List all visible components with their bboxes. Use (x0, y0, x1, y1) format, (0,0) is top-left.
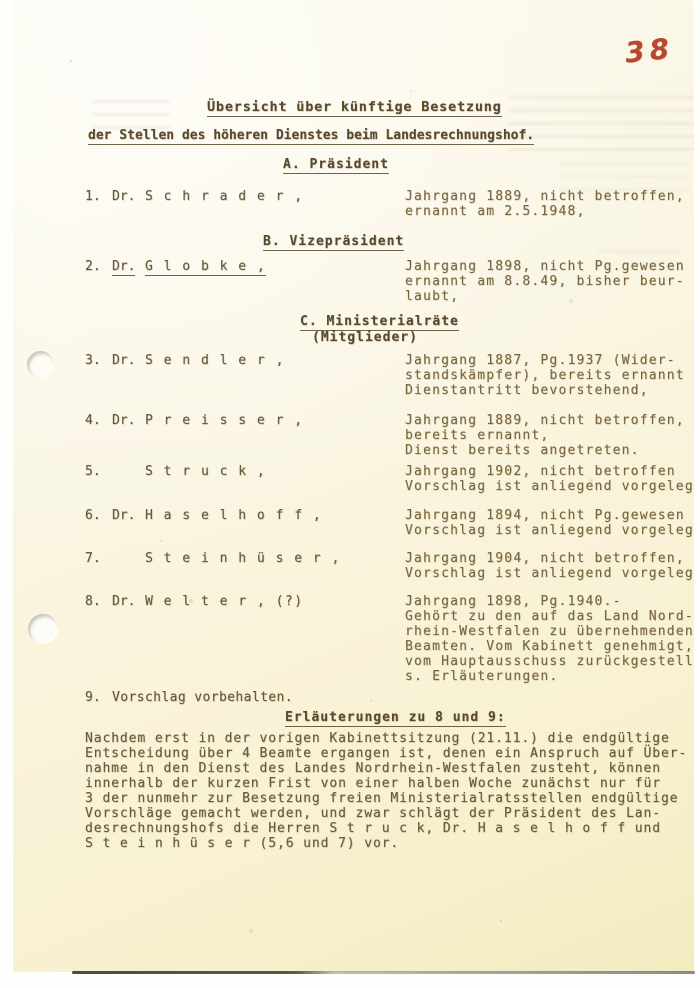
notes-line: nahme in den Dienst des Landes Nordrhein… (85, 761, 696, 776)
entry-detail-line: Jahrgang 1889, nicht betroffen, (405, 413, 693, 428)
entry-name: P r e i s s e r , (145, 413, 304, 428)
paper-speckles (70, 60, 72, 62)
entry-name: H a s e l h o f f , (145, 508, 322, 523)
document-title-line1: Übersicht über künftige Besetzung (207, 99, 502, 117)
notes-line: desrechnungshofs die Herren S t r u c k,… (85, 821, 696, 836)
entry-detail-line: ernannt am 2.5.1948, (405, 204, 693, 219)
notes-heading: Erläuterungen zu 8 und 9: (285, 710, 506, 727)
entry-title-prefix: Dr. (112, 353, 135, 368)
entry-name: Vorschlag vorbehalten. (112, 690, 293, 705)
bleed-through-smudge (508, 96, 694, 160)
entry-details: Jahrgang 1898, Pg.1940.-Gehört zu den au… (405, 594, 693, 684)
section-heading-praesident: A. Präsident (283, 157, 389, 174)
entry-number: 8. (85, 594, 101, 609)
entry-detail-line: ernannt am 8.8.49, bisher beur- (405, 274, 693, 289)
punch-hole (28, 614, 58, 644)
scan-edge-artifact (72, 971, 695, 974)
entry-detail-line: Vorschlag ist anliegend vorgelegt (405, 566, 693, 581)
entry-detail-line: Gehört zu den auf das Land Nord- (405, 609, 693, 624)
handwritten-page-number: 38 (623, 32, 675, 70)
entry-number: 3. (85, 353, 101, 368)
entry-detail-line: Jahrgang 1887, Pg.1937 (Wider- (405, 353, 693, 368)
entry-details: Jahrgang 1889, nicht betroffen,bereits e… (405, 413, 693, 458)
entry-detail-line: Jahrgang 1898, nicht Pg.gewesen (405, 259, 693, 274)
notes-line: S t e i n h ü s e r (5,6 und 7) vor. (85, 836, 696, 851)
entry-title-prefix: Dr. (112, 259, 135, 276)
entry-name: S t e i n h ü s e r , (145, 551, 341, 566)
entry-detail-line: Jahrgang 1894, nicht Pg.gewesen (405, 508, 693, 523)
entry-detail-line: Beamten. Vom Kabinett genehmigt, (405, 639, 693, 654)
entry-details: Jahrgang 1889, nicht betroffen,ernannt a… (405, 189, 693, 219)
entry-name: G l o b k e , (145, 259, 266, 276)
notes-line: innerhalb der kurzen Frist von einer hal… (85, 776, 696, 791)
entry-title-prefix: Dr. (112, 594, 135, 609)
document-title-line2: der Stellen des höheren Dienstes beim La… (88, 128, 534, 145)
entry-detail-line: standskämpfer), bereits ernannt (405, 368, 693, 383)
entry-detail-line: rhein-Westfalen zu übernehmenden (405, 624, 693, 639)
section-heading-vizepraesident: B. Vizepräsident (263, 234, 404, 251)
section-heading-mitglieder: (Mitglieder) (312, 330, 418, 345)
entry-number: 7. (85, 551, 101, 566)
entry-details: Jahrgang 1887, Pg.1937 (Wider-standskämp… (405, 353, 693, 398)
entry-name: S t r u c k , (145, 464, 266, 479)
notes-paragraph: Nachdem erst in der vorigen Kabinettsitz… (85, 731, 696, 851)
entry-number: 9. (85, 690, 101, 705)
entry-detail-line: Jahrgang 1889, nicht betroffen, (405, 189, 693, 204)
entry-detail-line: Jahrgang 1902, nicht betroffen (405, 464, 693, 479)
entry-detail-line: vom Hauptausschuss zurückgestellt (405, 654, 693, 669)
entry-details: Jahrgang 1902, nicht betroffenVorschlag … (405, 464, 693, 494)
punch-hole (27, 351, 54, 378)
entry-detail-line: Jahrgang 1904, nicht betroffen, (405, 551, 693, 566)
entry-detail-line: Dienstantritt bevorstehend, (405, 383, 693, 398)
entry-detail-line: Vorschlag ist anliegend vorgelegt (405, 523, 693, 538)
entry-detail-line: Vorschlag ist anliegend vorgelegt (405, 479, 693, 494)
bleed-through-smudge (92, 100, 170, 130)
entry-number: 4. (85, 413, 101, 428)
entry-title-prefix: Dr. (112, 413, 135, 428)
notes-line: Nachdem erst in der vorigen Kabinettsitz… (85, 731, 696, 746)
entry-title-prefix: Dr. (112, 508, 135, 523)
entry-name: W e l t e r , (?) (145, 594, 304, 609)
entry-number: 1. (85, 189, 101, 204)
entry-detail-line: bereits ernannt, (405, 428, 693, 443)
notes-line: Vorschläge gemacht werden, und zwar schl… (85, 806, 696, 821)
entry-name: S e n d l e r , (145, 353, 285, 368)
entry-detail-line: Dienst bereits angetreten. (405, 443, 693, 458)
entry-number: 6. (85, 508, 101, 523)
entry-name: S c h r a d e r , (145, 189, 304, 204)
notes-line: 3 der nunmehr zur Besetzung freien Minis… (85, 791, 696, 806)
entry-detail-line: laubt, (405, 289, 693, 304)
entry-title-prefix: Dr. (112, 189, 135, 204)
entry-detail-line: Jahrgang 1898, Pg.1940.- (405, 594, 693, 609)
entry-details: Jahrgang 1894, nicht Pg.gewesenVorschlag… (405, 508, 693, 538)
entry-number: 5. (85, 464, 101, 479)
entry-details: Jahrgang 1898, nicht Pg.gewesenernannt a… (405, 259, 693, 304)
entry-details: Jahrgang 1904, nicht betroffen,Vorschlag… (405, 551, 693, 581)
notes-line: Entscheidung über 4 Beamte ergangen ist,… (85, 746, 696, 761)
entry-number: 2. (85, 259, 101, 274)
entry-detail-line: s. Erläuterungen. (405, 669, 693, 684)
scanned-document: 38 Übersicht über künftige Besetzung der… (0, 0, 700, 988)
section-heading-ministerialraete: C. Ministerialräte (300, 314, 459, 331)
